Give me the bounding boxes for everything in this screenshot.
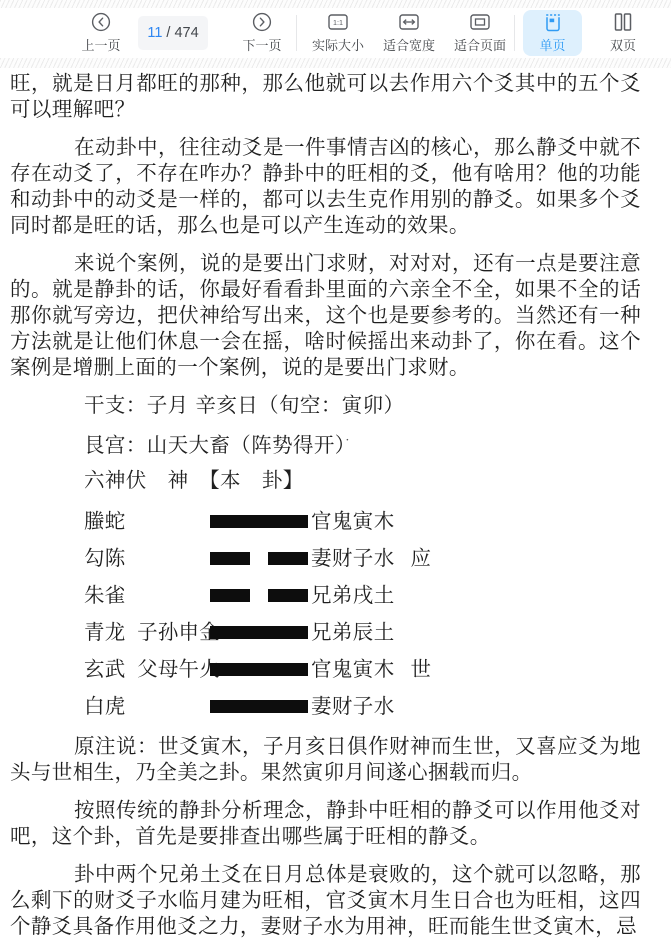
fit-width-button[interactable]: 适合宽度 (381, 10, 437, 56)
hexagram-diagram: 螣蛇 官鬼寅木 勾陈 妻财子水 应 (84, 503, 641, 725)
fit-width-label: 适合宽度 (383, 35, 435, 54)
double-page-button[interactable]: 双页 (599, 10, 647, 56)
pdf-reader-window: 上一页 11 / 474 下一页 1:1 实际大 (0, 0, 671, 939)
scan-speck: · (345, 433, 349, 447)
hexagram-row: 青龙 子孙申金 兄弟辰土 (84, 614, 641, 651)
paragraph: 旺，就是日月都旺的那种，那么他就可以去作用六个爻其中的五个爻可以理解吧？ (10, 70, 641, 122)
actual-size-label: 实际大小 (312, 35, 364, 54)
prev-page-label: 上一页 (81, 35, 120, 54)
paragraph: 卦中两个兄弟土爻在日月总体是衰败的，这个就可以忽略，那么剩下的财爻子水临月建为旺… (10, 861, 641, 939)
relative-label: 妻财子水 (311, 546, 395, 570)
six-god-label: 玄武 (84, 657, 125, 681)
yao-line (210, 515, 308, 528)
yao-line (210, 700, 308, 713)
window-texture-top (0, 0, 671, 8)
toolbar-divider (296, 15, 297, 51)
hexagram-row: 白虎 妻财子水 (84, 688, 641, 725)
yao-line (210, 663, 308, 676)
yao-line (210, 589, 308, 602)
fit-page-icon (469, 12, 491, 32)
yao-line (210, 626, 308, 639)
paragraph: 来说个案例，说的是要出门求财，对对对，还有一点是要注意的。就是静卦的话，你最好看… (10, 250, 641, 380)
shi-ying-marker: 应 (411, 546, 432, 570)
hidden-spirit-label: 子孙申金 (137, 620, 220, 644)
document-page[interactable]: 旺，就是日月都旺的那种，那么他就可以去作用六个爻其中的五个爻可以理解吧？ 在动卦… (0, 68, 671, 939)
hexagram-row: 勾陈 妻财子水 应 (84, 540, 641, 577)
six-god-label: 勾陈 (84, 546, 125, 570)
page-total: 474 (174, 25, 198, 41)
relative-label: 兄弟辰土 (311, 620, 395, 644)
next-page-label: 下一页 (242, 35, 281, 54)
relative-label: 妻财子水 (311, 694, 395, 718)
double-page-icon (613, 12, 633, 32)
actual-size-icon: 1:1 (327, 12, 349, 32)
next-page-button[interactable]: 下一页 (238, 10, 286, 56)
hidden-spirit-label: 父母午火 (137, 657, 220, 681)
six-god-label: 白虎 (84, 694, 125, 718)
prev-page-button[interactable]: 上一页 (77, 10, 125, 56)
hexagram-row: 螣蛇 官鬼寅木 (84, 503, 641, 540)
hexagram-row: 玄武 父母午火 官鬼寅木 世 (84, 651, 641, 688)
relative-label: 官鬼寅木 (311, 509, 395, 533)
actual-size-button[interactable]: 1:1 实际大小 (310, 10, 366, 56)
fit-width-icon (398, 12, 420, 32)
shi-ying-marker: 世 (411, 657, 432, 681)
pdf-toolbar: 上一页 11 / 474 下一页 1:1 实际大 (0, 8, 671, 58)
chevron-right-circle-icon (252, 12, 272, 32)
ganzhi-line: 干支：子月 辛亥日（旬空：寅卯） (84, 392, 641, 418)
single-page-button[interactable]: 单页 (523, 10, 582, 56)
hexagram-table-header: 六神伏 神 【本 卦】 (84, 467, 641, 493)
single-page-label: 单页 (539, 35, 565, 54)
yao-line (210, 552, 308, 565)
six-god-label: 青龙 (84, 620, 125, 644)
page-current: 11 (147, 25, 162, 41)
palace-line: 艮宫：山天大畜（阵势得开）· (84, 427, 641, 458)
fit-page-label: 适合页面 (454, 35, 506, 54)
page-separator: / (166, 25, 170, 41)
fit-page-button[interactable]: 适合页面 (452, 10, 508, 56)
hexagram-row: 朱雀 兄弟戌土 (84, 577, 641, 614)
chevron-left-circle-icon (91, 12, 111, 32)
paragraph: 在动卦中，往往动爻是一件事情吉凶的核心，那么静爻中就不存在动爻了，不存在咋办？静… (10, 134, 641, 238)
paragraph: 按照传统的静卦分析理念，静卦中旺相的静爻可以作用他爻对吧，这个卦，首先是要排查出… (10, 797, 641, 849)
six-god-label: 朱雀 (84, 583, 125, 607)
relative-label: 官鬼寅木 (311, 657, 395, 681)
svg-text:1:1: 1:1 (333, 18, 343, 27)
single-page-icon (543, 12, 563, 32)
toolbar-divider (514, 15, 515, 51)
paragraph: 原注说：世爻寅木，子月亥日俱作财神而生世，又喜应爻为地头与世相生，乃全美之卦。果… (10, 733, 641, 785)
page-counter[interactable]: 11 / 474 (138, 16, 208, 50)
relative-label: 兄弟戌土 (311, 583, 395, 607)
window-texture-gap (0, 58, 671, 68)
six-god-label: 螣蛇 (84, 509, 125, 533)
double-page-label: 双页 (610, 35, 636, 54)
